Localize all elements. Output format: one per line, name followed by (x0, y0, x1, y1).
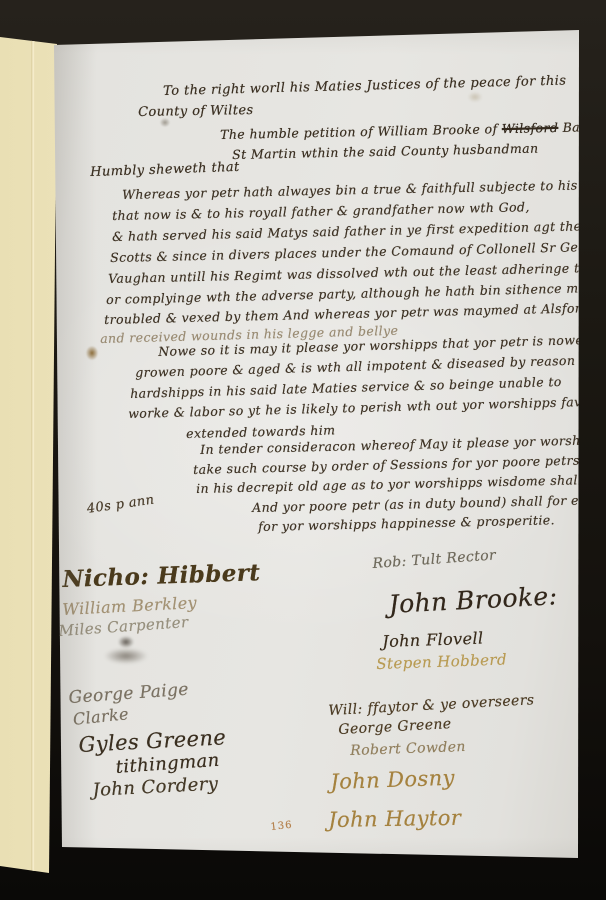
signature-rector: Rob: Tult Rector (372, 547, 497, 572)
petition-title-line: St Martin wthin the said County husbandm… (232, 141, 539, 162)
petition-address-line: County of Wiltes (138, 103, 254, 120)
body-line: extended towards him (186, 422, 336, 441)
signature: Nicho: Hibbert (62, 559, 261, 593)
ink-smear (118, 636, 134, 648)
petition-title-text: The humble petition of William Brooke of (220, 121, 498, 142)
struck-out-word: Wilsford (502, 120, 559, 136)
petition-title-text: Barford (562, 119, 606, 135)
flyleaf-fold-line (31, 40, 35, 872)
signature-faded: Clarke (72, 704, 130, 729)
signature: John Haytor (328, 806, 461, 832)
pencil-folio-number: 136 (270, 820, 293, 833)
manuscript-page: To the right worll his Maties Justices o… (0, 0, 606, 900)
signature: John Dosny (330, 766, 455, 794)
ink-smear (104, 648, 148, 664)
signature-faded: George Paige (68, 680, 189, 708)
signature: John Flovell (382, 628, 484, 651)
body-line: for yor worshipps happinesse & prosperit… (258, 512, 555, 534)
signature: George Greene (338, 716, 452, 738)
photograph-of-manuscript: To the right worll his Maties Justices o… (0, 0, 606, 900)
signature-faded: Robert Cowden (350, 739, 466, 759)
body-line: Whereas yor petr hath alwayes bin a true… (122, 177, 606, 202)
signature: Will: ffaytor & ye overseers (328, 692, 535, 719)
paper-stain (468, 92, 482, 102)
signature: John Cordery (92, 773, 219, 801)
body-line: that now is & to his royall father & gra… (112, 199, 530, 223)
signature-faded: Stepen Hobberd (376, 650, 507, 673)
petition-address-line: To the right worll his Maties Justices o… (163, 73, 567, 99)
petition-title-line: The humble petition of William Brooke of… (220, 119, 606, 142)
signature: John Brooke: (388, 581, 558, 619)
margin-note: 40s p ann (86, 493, 155, 517)
salutation-line: Humbly sheweth that (90, 160, 240, 180)
paper-stain (86, 346, 98, 360)
